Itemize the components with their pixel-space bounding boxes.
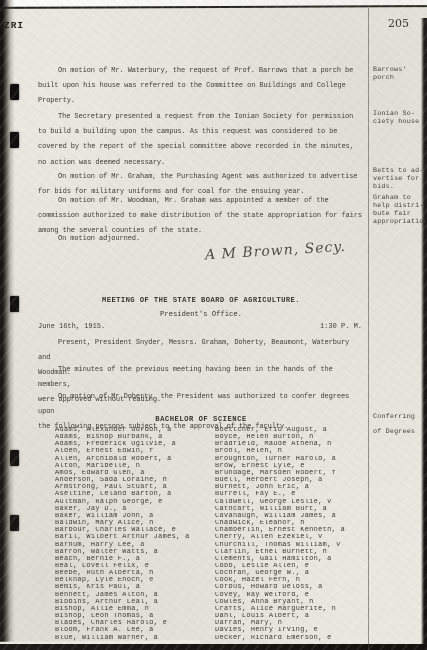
graduate-name: Crafts, Alice Marguerite, h (215, 606, 377, 613)
graduate-name: Armstrong, Paul Stuart, a (55, 484, 217, 491)
graduate-name: Bemis, Kris Paul, a (55, 584, 217, 591)
graduate-name: Amos, Edward Glen, a (55, 470, 217, 477)
graduate-name: Baker, William John, a (55, 513, 217, 520)
graduate-name: Allen, Archibald Robert, a (55, 456, 217, 463)
graduate-name: Bibbins, Arthur Leal, a (55, 599, 217, 606)
graduate-name: Davies, Henry Irving, e (215, 627, 377, 634)
graduate-name: Decker, Richard Emerson, e (215, 635, 377, 642)
graduate-name: Aseltine, Leland Barton, a (55, 491, 217, 498)
graduate-name: Cherry, Allen Ezekiel, v (215, 534, 377, 541)
graduate-name: Bloom, Frank A. Lee, a (55, 627, 217, 634)
binder-fastener-icon (10, 84, 19, 100)
graduate-name: Covey, Ray Welford, e (215, 592, 377, 599)
graduate-name: Chadwick, Eleanor, h (215, 520, 377, 527)
graduate-name: Bennett, James Alton, a (55, 592, 217, 599)
graduate-name: Broughton, Turner Harold, a (215, 456, 377, 463)
graduate-name: Bradfield, Maude Athena, h (215, 441, 377, 448)
graduate-name: Cochran, George W., a (215, 570, 377, 577)
minutes-paragraph-ionian-society: The Secretary presented a request from t… (38, 110, 364, 171)
graduate-name: Adams, Frederick Ogilvie, a (55, 441, 217, 448)
graduate-name: Boyce, Helen Burton, h (215, 434, 377, 441)
meeting-date: June 16th, 1915. (38, 323, 105, 331)
graduates-left-column: Adams, Alexander Gordon, aAdams, Bishop … (55, 427, 217, 642)
margin-note-conferring-degrees: Conferring of Degrees (373, 410, 425, 440)
meeting-location: President's Office. (38, 311, 364, 319)
graduate-name: Beach, Bernie F., a (55, 556, 217, 563)
meeting-title: MEETING OF THE STATE BOARD OF AGRICULTUR… (38, 297, 364, 305)
graduate-name: Cathcart, William Burt, a (215, 506, 377, 513)
scanned-minutes-page: ZRI 205 On motion of Mr. Waterbury, the … (0, 0, 427, 650)
graduate-name: Bishop, Allie Emma, h (55, 606, 217, 613)
graduate-name: Cavanaugh, William James, a (215, 513, 377, 520)
graduate-name: Dahl, Louis Albert, a (215, 613, 377, 620)
graduate-name: Belknap, Lyle Enoch, e (55, 577, 217, 584)
graduate-name: Adams, Alexander Gordon, a (55, 427, 217, 434)
graduate-name: Clements, Gail Hamilton, a (215, 556, 377, 563)
binder-fastener-icon (10, 515, 19, 531)
margin-stamp: ZRI (4, 20, 24, 31)
graduate-name: Chamberlin, Ernest Kenneth, a (215, 527, 377, 534)
graduate-name: Blue, William Warner, a (55, 635, 217, 642)
margin-note-ionian-society: Ionian So- ciety house (373, 110, 425, 126)
graduate-name: Buell, Herbert Joseph, a (215, 477, 377, 484)
graduate-name: Blades, Charles Harold, e (55, 620, 217, 627)
graduate-name: Claflin, Ethel Burnett, h (215, 549, 377, 556)
graduate-name: Burnett, John Eric, a (215, 484, 377, 491)
graduate-name: Bishop, Leon Thomas, a (55, 613, 217, 620)
graduate-name: Aultman, Ralph George, e (55, 499, 217, 506)
graduate-name: Brohl, Helen, h (215, 448, 377, 455)
degree-list-heading: BACHELOR OF SCIENCE (38, 416, 364, 424)
graduates-right-column: Boettcher, Eric August, aBoyce, Helen Bu… (215, 427, 377, 642)
graduate-name: Burrell, Fay E., e (215, 491, 377, 498)
graduate-name: Cowles, Anna Bryant, h (215, 599, 377, 606)
graduate-name: Barnum, Harry Lee, a (55, 542, 217, 549)
margin-note-betts-bids: Betts to ad- vertise for bids. (373, 167, 425, 191)
binder-fastener-icon (10, 296, 19, 312)
scan-bottom-edge (0, 644, 427, 650)
graduate-name: Alton, Maribelle, h (55, 463, 217, 470)
graduate-name: Brundage, Marsden Robert, f (215, 470, 377, 477)
graduate-name: Baker, Jay D., a (55, 506, 217, 513)
graduate-name: Anderson, Sada Loraine, h (55, 477, 217, 484)
graduate-name: Adams, Bishop Burbank, a (55, 434, 217, 441)
graduate-name: Brow, Ernest Lyle, e (215, 463, 377, 470)
minutes-paragraph-barrows-porch: On motion of Mr. Waterbury, the request … (38, 64, 364, 110)
meeting-time: 1:30 P. M. (300, 323, 362, 331)
graduate-name: Baldwin, Mary Alice, h (55, 520, 217, 527)
graduate-name: Beal, Lovell Felix, e (55, 563, 217, 570)
graduate-name: Alden, Ernest Edwin, f (55, 448, 217, 455)
graduate-name: Barbour, Charles Wallace, e (55, 527, 217, 534)
graduate-name: Churchill, Thomas William, v (215, 542, 377, 549)
graduate-name: Cobb, Leslie Allen, e (215, 563, 377, 570)
margin-note-graham-fair: Graham to help distri- bute fair appropr… (373, 194, 425, 226)
graduate-name: Barron, Walter Watts, a (55, 549, 217, 556)
graduate-name: Baril, Wilbert Arthur James, a (55, 534, 217, 541)
binder-fastener-icon (10, 450, 19, 466)
graduate-name: Darrah, Mary, h (215, 620, 377, 627)
graduate-name: Corbus, Howard Deloss, a (215, 584, 377, 591)
page-number: 205 (388, 17, 409, 30)
graduate-name: Caldwell, George Leslie, v (215, 499, 377, 506)
binder-fastener-icon (10, 132, 19, 148)
margin-note-barrows-porch: Barrows' porch (373, 66, 425, 82)
graduate-name: Beebe, Ruth Alberta, h (55, 570, 217, 577)
graduate-name: Boettcher, Eric August, a (215, 427, 377, 434)
graduate-name: Cook, Hazel Fern, h (215, 577, 377, 584)
